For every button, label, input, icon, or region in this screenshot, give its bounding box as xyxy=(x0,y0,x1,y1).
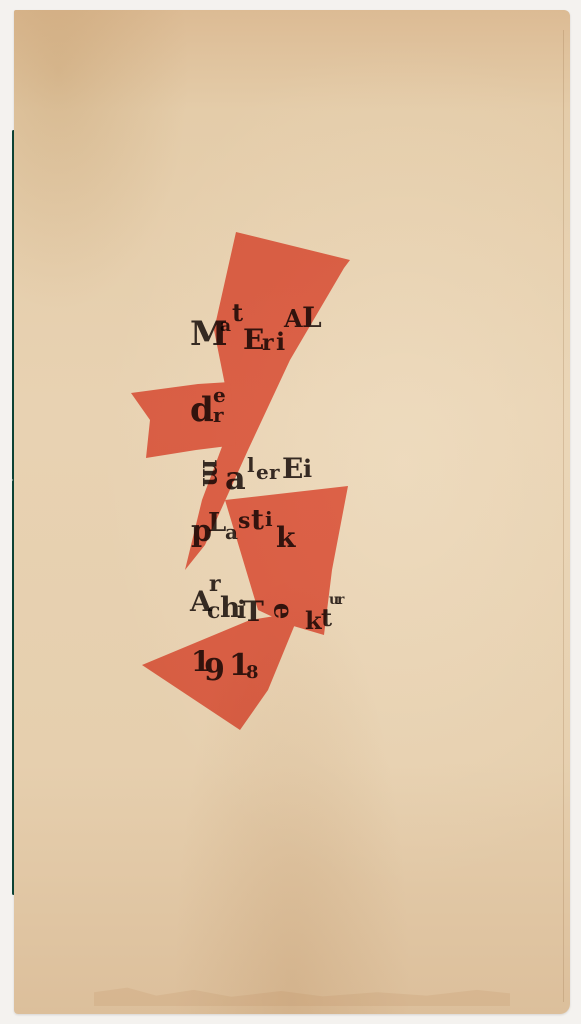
scan-background: M a t E r i A L d e r m a l e r E i p L … xyxy=(0,0,581,1024)
glyph-r: r xyxy=(213,405,224,425)
glyph-r: r xyxy=(209,573,221,595)
glyph-i: i xyxy=(265,509,273,529)
glyph-c: c xyxy=(207,600,220,622)
glyph-e: e xyxy=(213,385,226,405)
glyph-e: e xyxy=(256,462,269,482)
glyph-e-rotated: e xyxy=(269,603,295,620)
glyph-r: r xyxy=(269,462,280,482)
glyph-a: a xyxy=(220,318,231,335)
glyph-i: i xyxy=(303,457,312,481)
glyph-t: t xyxy=(321,606,332,630)
glyph-d: d xyxy=(190,393,214,427)
glyph-l: l xyxy=(247,455,255,475)
glyph-T: T xyxy=(243,598,264,626)
glyph-r: r xyxy=(262,332,274,354)
glyph-9: 9 xyxy=(204,656,225,686)
glyph-k: k xyxy=(276,524,295,552)
glyph-k: k xyxy=(305,609,322,633)
glyph-m-rotated: m xyxy=(198,459,224,487)
glyph-L: L xyxy=(208,510,226,536)
glyph-a: a xyxy=(225,522,238,542)
glyph-i: i xyxy=(276,330,285,354)
glyph-r: r xyxy=(337,593,344,607)
glyph-t: t xyxy=(251,506,264,534)
glyph-a: a xyxy=(225,462,246,494)
glyph-E: E xyxy=(282,455,303,483)
red-collage-shapes xyxy=(0,0,581,1024)
glyph-s: s xyxy=(238,510,250,532)
glyph-8: 8 xyxy=(246,664,259,682)
glyph-L: L xyxy=(302,304,322,332)
glyph-A: A xyxy=(284,307,303,331)
glyph-t: t xyxy=(232,301,243,325)
